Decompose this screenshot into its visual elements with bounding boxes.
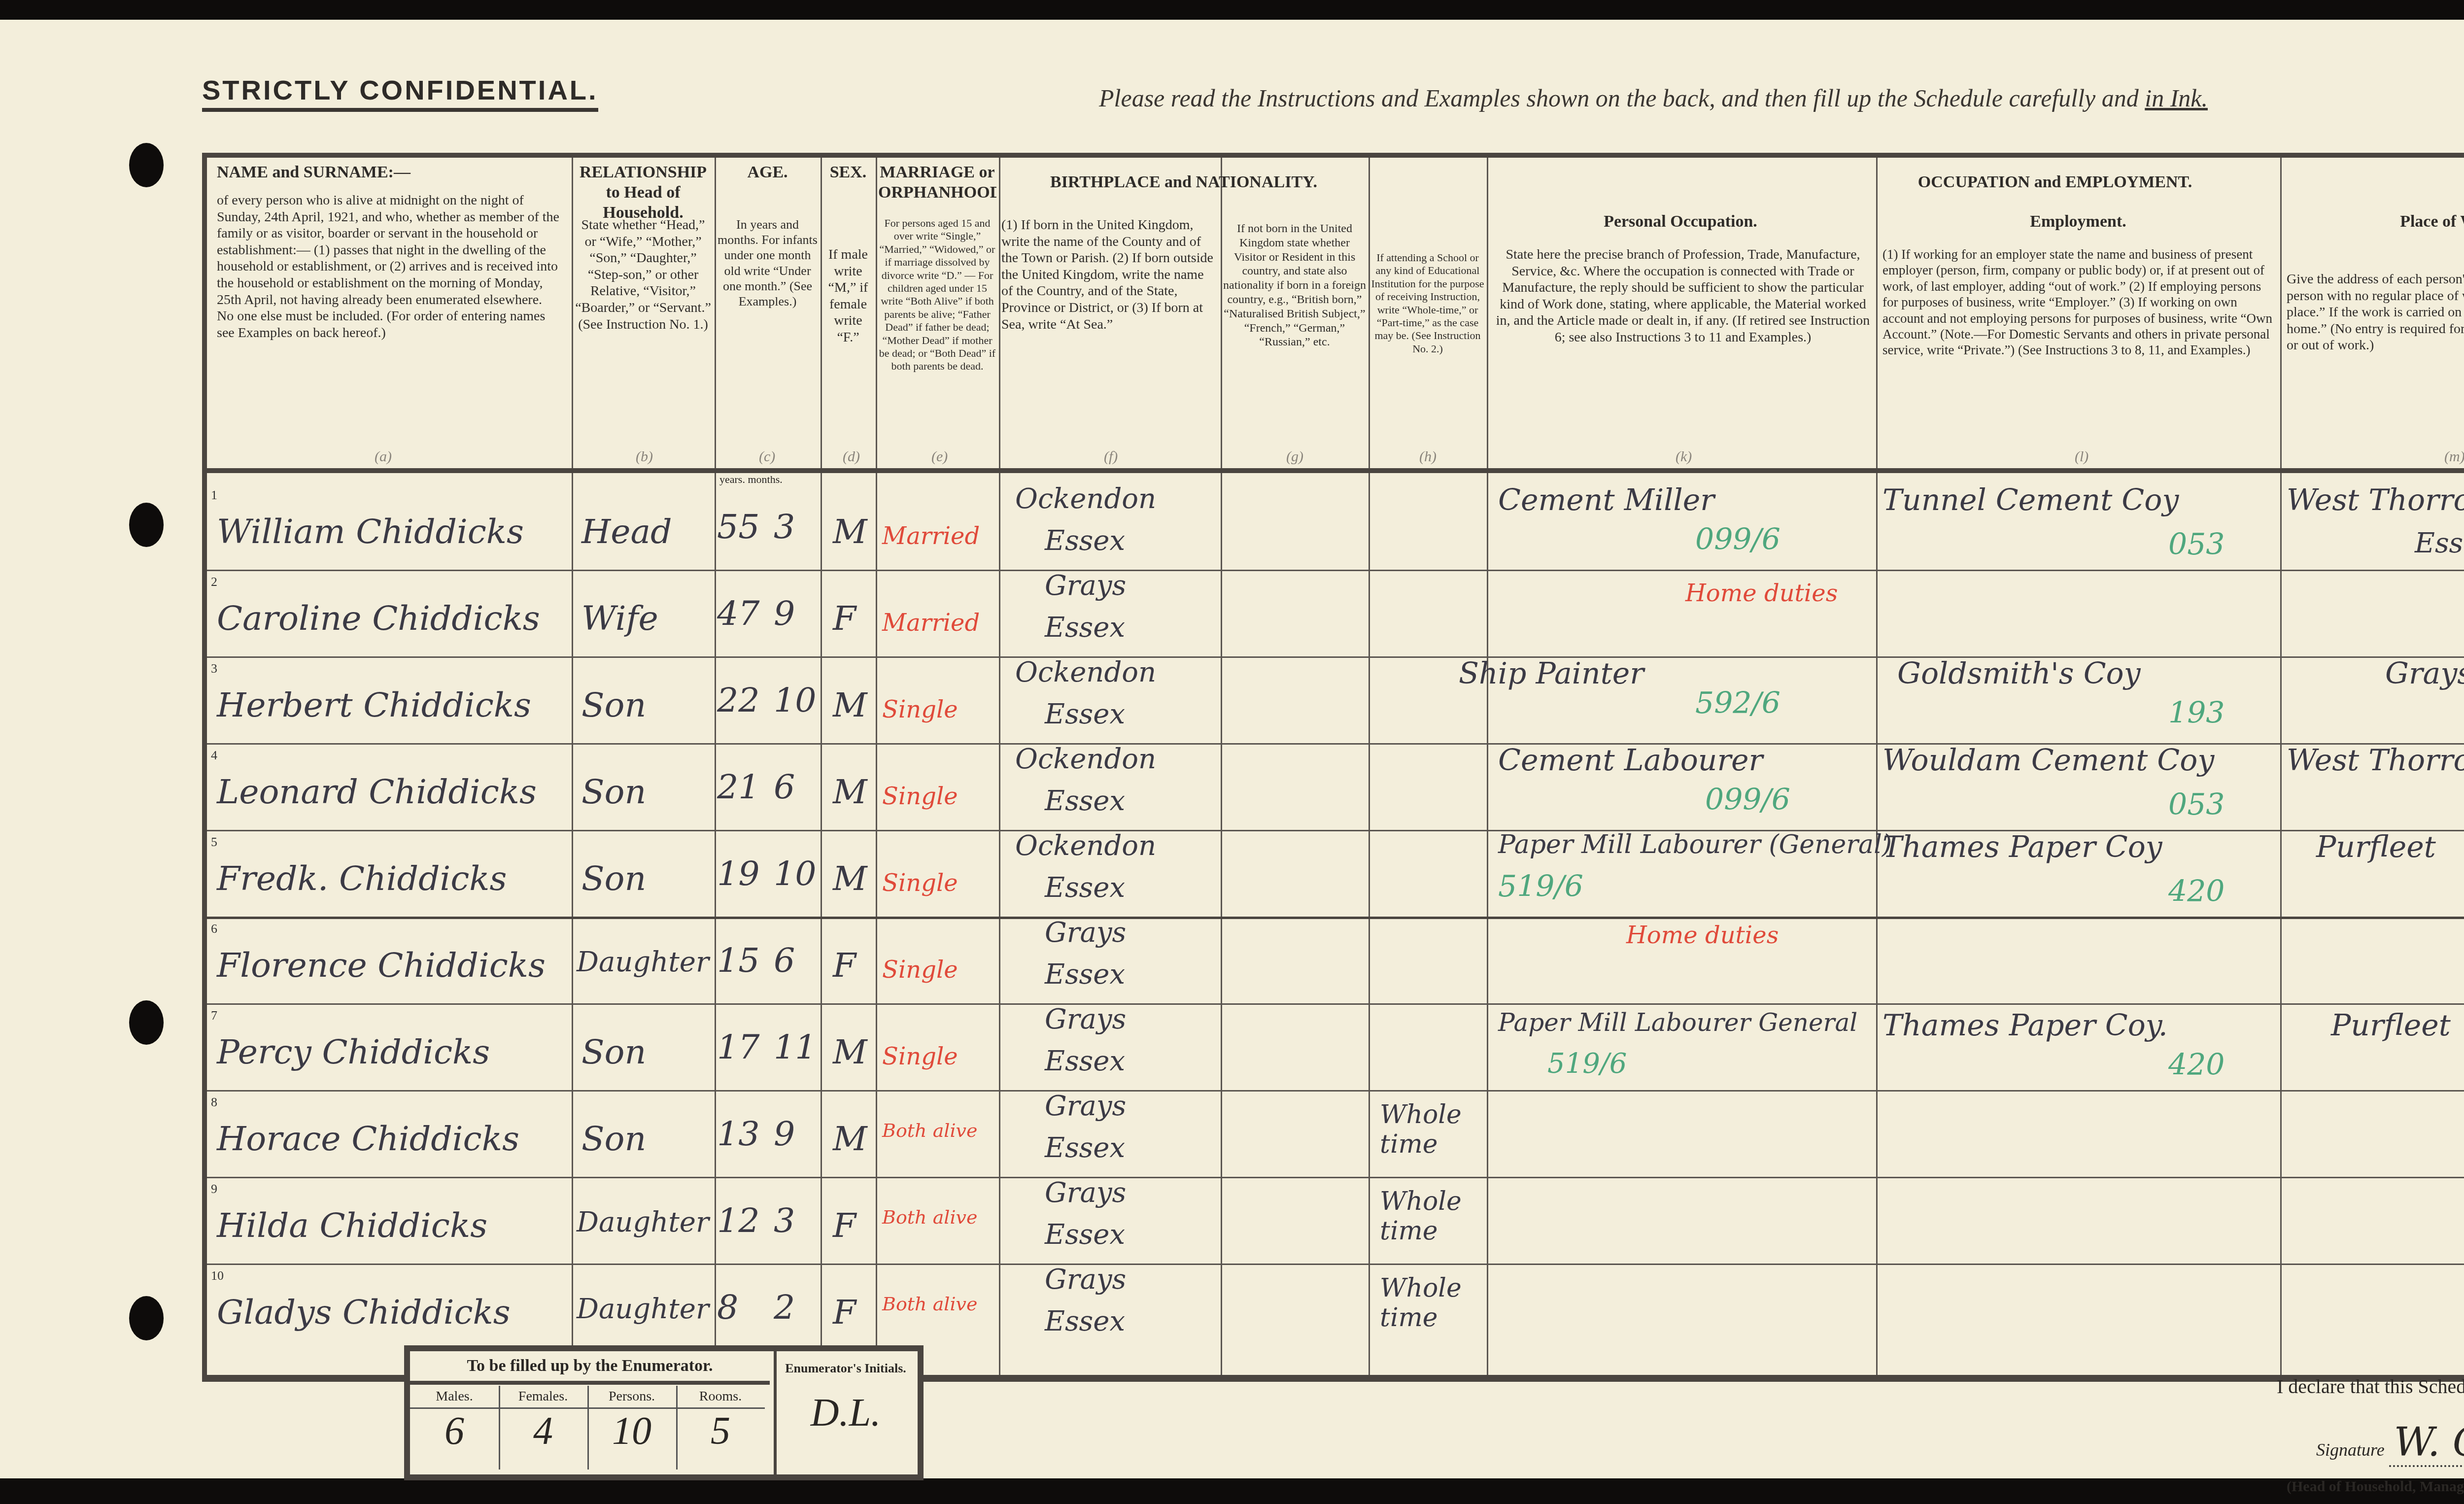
header-age: AGE. — [717, 163, 818, 183]
place-of-work-county: Essex — [2415, 527, 2464, 559]
occupation: Cement Labourer — [1498, 743, 1763, 778]
age-months: 3 — [774, 1201, 795, 1240]
age-years: 8 — [717, 1288, 738, 1327]
sex: F — [833, 1206, 856, 1245]
person-name: Leonard Chiddicks — [217, 773, 537, 812]
marital-status: Single — [882, 696, 958, 723]
col-letter-g: (g) — [1286, 448, 1303, 463]
education: Whole time — [1380, 1100, 1478, 1159]
relationship: Wife — [582, 599, 658, 638]
relationship: Daughter — [577, 1293, 709, 1325]
instructions-name: of every person who is alive at midnight… — [217, 192, 562, 434]
marital-status: Married — [882, 609, 980, 637]
instructions-occupation: State here the precise branch of Profess… — [1493, 246, 1873, 434]
occupation-code: 592/6 — [1695, 686, 1780, 720]
col-letter-e: (e) — [931, 448, 948, 463]
row-number: 9 — [211, 1182, 217, 1196]
sex: F — [833, 599, 856, 638]
birthplace-county: Essex — [1045, 872, 1125, 904]
census-schedule-page: STRICTLY CONFIDENTIAL. Please read the I… — [0, 20, 2464, 1478]
person-row: 4 Leonard Chiddicks Son 21 6 M Single Oc… — [207, 743, 2464, 830]
row-number: 6 — [211, 922, 217, 936]
person-name: Caroline Chiddicks — [217, 599, 540, 638]
row-number: 2 — [211, 575, 217, 589]
instruction-line: Please read the Instructions and Example… — [1099, 84, 2208, 112]
instructions-employment: (1) If working for an employer state the… — [1882, 246, 2277, 434]
occupation-code: 519/6 — [1498, 869, 1583, 904]
col-letter-h: (h) — [1419, 448, 1437, 463]
age-months: 9 — [774, 594, 795, 633]
males-value: 6 — [410, 1409, 499, 1454]
age-months: 2 — [774, 1288, 795, 1327]
relationship: Daughter — [577, 1206, 709, 1238]
col-letter-l: (l) — [2075, 448, 2088, 463]
age-years: 12 — [717, 1201, 760, 1240]
relationship: Daughter — [577, 946, 709, 978]
punch-hole — [129, 503, 164, 547]
signature: W. Chiddicks — [2389, 1419, 2464, 1467]
birthplace-county: Essex — [1045, 612, 1125, 644]
header-personal-occupation: Personal Occupation. — [1488, 212, 1873, 232]
education: Whole time — [1380, 1273, 1478, 1333]
col-letter-b: (b) — [636, 448, 653, 463]
enumerator-box-header: To be filled up by the Enumerator. — [410, 1351, 770, 1385]
rooms-label: Rooms. — [676, 1386, 765, 1409]
relationship: Son — [582, 686, 646, 725]
person-row: 6 Florence Chiddicks Daughter 15 6 F Sin… — [207, 917, 2464, 1003]
birthplace-county: Essex — [1045, 1132, 1125, 1164]
sex: M — [833, 859, 867, 898]
marital-status: Single — [882, 1043, 958, 1070]
signature-label: Signature — [2316, 1440, 2385, 1460]
col-letter-k: (k) — [1676, 448, 1692, 463]
age-months: 9 — [774, 1115, 795, 1154]
enumerator-box: To be filled up by the Enumerator. Males… — [404, 1345, 924, 1480]
occupation: Paper Mill Labourer General — [1498, 1008, 1857, 1037]
col-letter-c: (c) — [759, 448, 775, 463]
punch-hole — [129, 1000, 164, 1045]
instructions-education: If attending a School or any kind of Edu… — [1371, 251, 1484, 434]
person-row: 2 Caroline Chiddicks Wife 47 9 F Married… — [207, 570, 2464, 656]
sex: F — [833, 1293, 856, 1332]
employer-code: 420 — [2168, 1048, 2225, 1082]
person-name: William Chiddicks — [217, 513, 524, 551]
relationship: Son — [582, 773, 646, 812]
declaration-text: I declare that this Schedule is correctl… — [2277, 1375, 2464, 1398]
header-birthplace: BIRTHPLACE and NATIONALITY. — [1001, 172, 1366, 193]
instructions-marriage: For persons aged 15 and over write “Sing… — [878, 217, 996, 434]
instructions-sex: If male write “M,” if female write “F.” — [823, 246, 873, 434]
person-name: Fredk. Chiddicks — [217, 859, 507, 898]
instructions-birthplace: (1) If born in the United Kingdom, write… — [1001, 217, 1218, 434]
person-name: Horace Chiddicks — [217, 1120, 519, 1159]
person-name: Hilda Chiddicks — [217, 1206, 487, 1245]
person-row: 8 Horace Chiddicks Son 13 9 M Both alive… — [207, 1090, 2464, 1177]
employer: Thames Paper Coy. — [1882, 1008, 2168, 1043]
initials-value: D.L. — [777, 1376, 915, 1436]
occupation-code: 099/6 — [1695, 522, 1780, 557]
person-name: Gladys Chiddicks — [217, 1293, 511, 1332]
row-number: 4 — [211, 748, 217, 763]
sex: M — [833, 513, 867, 551]
row-number: 5 — [211, 835, 217, 850]
education: Whole time — [1380, 1187, 1478, 1246]
birthplace-town: Ockendon — [1015, 656, 1156, 688]
marital-status: Married — [882, 522, 980, 550]
birthplace-town: Ockendon — [1015, 830, 1156, 862]
birthplace-town: Grays — [1045, 1003, 1126, 1035]
instructions-place-of-work: Give the address of each person's place … — [2287, 271, 2464, 434]
header-relationship: RELATIONSHIP to Head of Household. — [574, 163, 712, 223]
header-divider — [207, 468, 2464, 473]
person-row: 7 Percy Chiddicks Son 17 11 M Single Gra… — [207, 1003, 2464, 1090]
punch-hole — [129, 143, 164, 187]
persons-field: Persons.10 — [587, 1386, 678, 1470]
employer: Goldsmith's Coy — [1897, 656, 2141, 691]
birthplace-county: Essex — [1045, 1219, 1125, 1251]
col-letter-f: (f) — [1104, 448, 1118, 463]
birthplace-county: Essex — [1045, 785, 1125, 817]
age-years: 17 — [717, 1028, 760, 1067]
persons-value: 10 — [587, 1409, 676, 1454]
instructions-age: In years and months. For infants under o… — [717, 217, 818, 434]
person-row: 3 Herbert Chiddicks Son 22 10 M Single O… — [207, 656, 2464, 743]
occupation: Cement Miller — [1498, 483, 1714, 517]
employer-code: 053 — [2168, 527, 2225, 562]
marital-status: Both alive — [882, 1206, 978, 1228]
age-months: 10 — [774, 855, 817, 893]
occupation: Home duties — [1626, 922, 1779, 949]
occupation: Home duties — [1685, 580, 1838, 607]
census-table: NAME and SURNAME:— of every person who i… — [202, 153, 2464, 1382]
age-months: 10 — [774, 681, 817, 720]
birthplace-town: Grays — [1045, 1264, 1126, 1296]
place-of-work: West Thorrock — [2287, 743, 2464, 778]
sex: M — [833, 686, 867, 725]
employer: Thames Paper Coy — [1882, 830, 2162, 864]
birthplace-town: Ockendon — [1015, 743, 1156, 775]
rooms-value: 5 — [676, 1409, 765, 1454]
person-name: Percy Chiddicks — [217, 1033, 490, 1072]
row-number: 1 — [211, 488, 217, 503]
age-years: 55 — [717, 508, 760, 547]
occupation-code: 099/6 — [1705, 783, 1790, 817]
sex: M — [833, 773, 867, 812]
females-value: 4 — [499, 1409, 587, 1454]
relationship: Son — [582, 1033, 646, 1072]
relationship: Head — [582, 513, 672, 551]
instruction-text: Please read the Instructions and Example… — [1099, 84, 2139, 112]
sex: M — [833, 1033, 867, 1072]
person-name: Florence Chiddicks — [217, 946, 546, 985]
females-field: Females.4 — [499, 1386, 589, 1470]
birthplace-town: Grays — [1045, 917, 1126, 949]
employer: Wouldam Cement Coy — [1882, 743, 2214, 778]
confidential-heading: STRICTLY CONFIDENTIAL. — [202, 74, 598, 112]
persons-label: Persons. — [587, 1386, 676, 1409]
age-years: 22 — [717, 681, 760, 720]
signature-note: (Head of Household, Manager of Establish… — [2287, 1478, 2464, 1495]
person-row: 10 Gladys Chiddicks Daughter 8 2 F Both … — [207, 1264, 2464, 1350]
person-row: 5 Fredk. Chiddicks Son 19 10 M Single Oc… — [207, 830, 2464, 917]
birthplace-town: Grays — [1045, 1090, 1126, 1122]
employer-code: 193 — [2168, 696, 2225, 730]
birthplace-county: Essex — [1045, 1045, 1125, 1077]
employer: Tunnel Cement Coy — [1882, 483, 2179, 517]
rooms-field: Rooms.5 — [676, 1386, 765, 1470]
header-name: NAME and SURNAME:— — [217, 163, 562, 183]
age-years: 15 — [717, 941, 760, 980]
row-number: 10 — [211, 1268, 224, 1283]
birthplace-county: Essex — [1045, 525, 1125, 557]
place-of-work: Purfleet — [2316, 830, 2436, 864]
birthplace-county: Essex — [1045, 698, 1125, 730]
row-number: 8 — [211, 1095, 217, 1110]
marital-status: Both alive — [882, 1120, 978, 1141]
employer-code: 053 — [2168, 787, 2225, 822]
age-years: 13 — [717, 1115, 760, 1154]
person-row: 9 Hilda Chiddicks Daughter 12 3 F Both a… — [207, 1177, 2464, 1264]
age-months: 3 — [774, 508, 795, 547]
age-years: 21 — [717, 768, 760, 807]
relationship: Son — [582, 859, 646, 898]
birthplace-town: Grays — [1045, 570, 1126, 602]
age-months: 11 — [774, 1028, 817, 1067]
place-of-work: Purfleet — [2331, 1008, 2451, 1043]
males-label: Males. — [410, 1386, 499, 1409]
header-occupation-group: OCCUPATION and EMPLOYMENT. — [1488, 172, 2464, 193]
marital-status: Single — [882, 783, 958, 810]
relationship: Son — [582, 1120, 646, 1159]
age-years: 47 — [717, 594, 760, 633]
marital-status: Both alive — [882, 1293, 978, 1315]
person-name: Herbert Chiddicks — [217, 686, 531, 725]
birthplace-town: Grays — [1045, 1177, 1126, 1209]
instruction-emphasis: in Ink. — [2145, 84, 2208, 112]
header-marriage: MARRIAGE or ORPHANHOOD. — [878, 163, 996, 203]
birthplace-town: Ockendon — [1015, 483, 1156, 515]
occupation-code: 519/6 — [1547, 1048, 1627, 1080]
instructions-relationship: State whether “Head,” or “Wife,” “Mother… — [574, 217, 712, 434]
age-months: 6 — [774, 768, 795, 807]
col-letter-a: (a) — [375, 448, 392, 463]
header-place-of-work: Place of Work. — [2283, 212, 2464, 232]
sex: F — [833, 946, 856, 985]
marital-status: Single — [882, 869, 958, 897]
occupation: Paper Mill Labourer (General) — [1498, 830, 1892, 859]
instructions-nationality: If not born in the United Kingdom state … — [1223, 222, 1366, 434]
col-letter-d: (d) — [843, 448, 860, 463]
signature-line: Signature W. Chiddicks — [2316, 1419, 2464, 1465]
header-employment: Employment. — [1879, 212, 2278, 232]
birthplace-county: Essex — [1045, 1305, 1125, 1337]
punch-hole — [129, 1296, 164, 1340]
females-label: Females. — [499, 1386, 587, 1409]
place-of-work: West Thorrock — [2287, 483, 2464, 517]
header-sex: SEX. — [823, 163, 873, 183]
employer-code: 420 — [2168, 874, 2225, 909]
sex: M — [833, 1120, 867, 1159]
row-number: 3 — [211, 661, 217, 676]
person-row: 1 William Chiddicks Head 55 3 M Married … — [207, 483, 2464, 570]
age-months: 6 — [774, 941, 795, 980]
marital-status: Single — [882, 956, 958, 984]
males-field: Males.6 — [410, 1386, 500, 1470]
row-number: 7 — [211, 1008, 217, 1023]
occupation: Ship Painter — [1459, 656, 1644, 691]
enumerator-initials: Enumerator's Initials. D.L. — [774, 1351, 915, 1474]
place-of-work: Grays — [2385, 656, 2464, 691]
birthplace-county: Essex — [1045, 958, 1125, 991]
age-years: 19 — [717, 855, 760, 893]
col-letter-m: (m) — [2444, 448, 2464, 463]
initials-label: Enumerator's Initials. — [777, 1351, 915, 1376]
